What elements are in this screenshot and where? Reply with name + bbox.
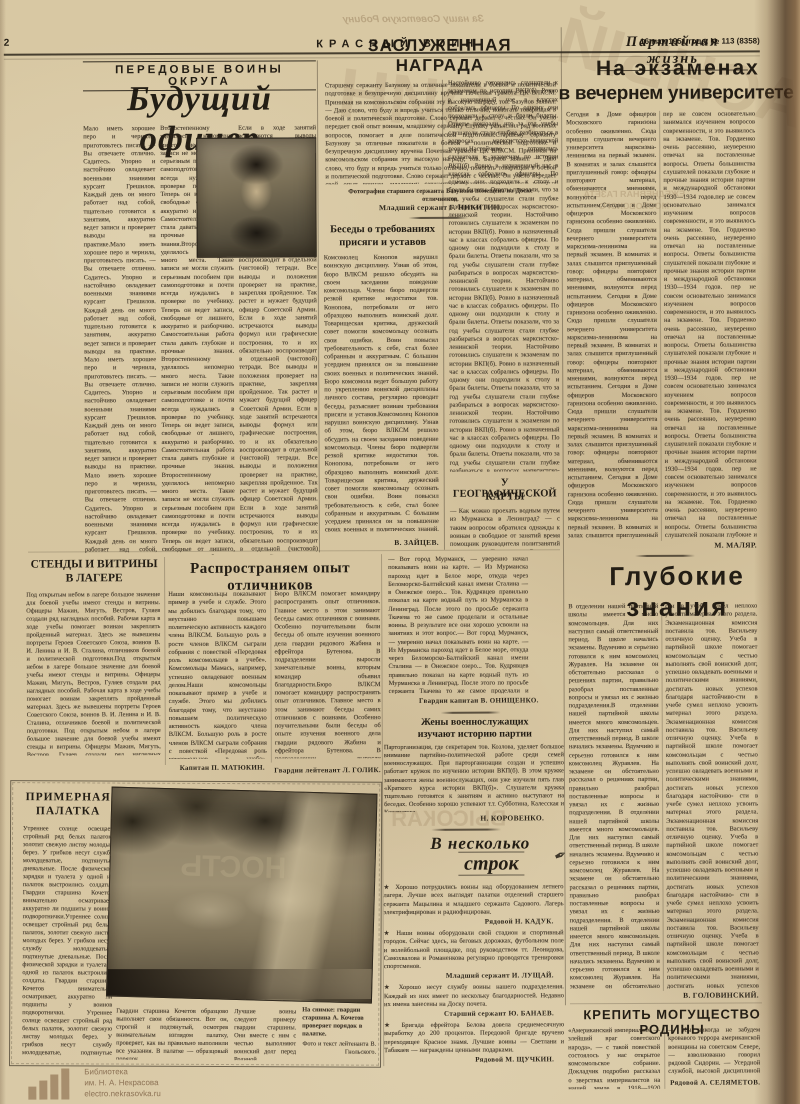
party-column-1: Сегодня в Доме офицеров Московского гарн… [566,111,658,539]
newspaper-page: За нашу Советскую Родину КРАСНЫЙ ВОИН ЕЖ… [0,0,800,1104]
library-name-line2: им. Н. А. Некрасова [84,1078,158,1087]
stroki-item-text: ★ Хорошо несут службу воины нашего подра… [384,984,564,1010]
palatka-title-line2: ПАЛАТКА [21,805,115,817]
stendy-title-line2: В ЛАГЕРЕ [26,572,162,585]
stroki-items: ★ Хорошо потрудились воины над оборудова… [383,883,564,1068]
pen-icon: ✒ [551,845,570,867]
stroki-item-text: ★ Хорошо потрудились воины над оборудова… [383,883,563,917]
column-rule [659,111,662,541]
stroki-title-line2-wrap: строк ✒ [431,852,551,876]
page-edge-shadow [754,0,800,1104]
glubokie-column-1: В отделении нашей партийной школы имеетс… [568,603,660,989]
photo-foreground-road [107,969,372,999]
stroki-item-signature: Старший сержант Ю. БАНАЕВ. [384,1009,554,1018]
column-rule [270,591,272,763]
award-title-line1: ЗАСЛУЖЕННАЯ [325,35,555,56]
karta-body: — Как можно проехать водным путем из Мур… [450,507,560,549]
library-name-line1: Библиотека [84,1067,128,1076]
palatka-column-1: Утреннее солнце освещает стройный ряд бе… [22,825,113,1057]
karta-title-line2: КАРТЫ [450,491,560,502]
officer-portrait-photo [196,137,317,258]
besedy-body: Комсомолец Конопов нарушил воинскую дисц… [324,254,439,534]
palatka-column-2: Гвардии старшина Кочетов образцово выпол… [116,1008,228,1060]
list-item: ★ Бригада ефрейтора Белова довела средне… [384,1021,564,1064]
stroki-item-signature: Рядовой Н. КАДУК. [384,917,554,926]
library-stamp: Библиотека им. Н. А. Некрасова electro.n… [28,1062,288,1103]
photo-caption: На снимке: гвардии старшина А. Кочетов п… [302,1006,376,1038]
zheny-title-line2: изучают историю партии [386,728,564,740]
party-signature: М. МАЛЯР. [665,540,757,549]
award-title-line2: НАГРАДА [325,55,555,76]
bleed-through-motto: За нашу Советскую Родину [343,14,484,26]
palatka-column-3: Лучшие воины следуют примеру гвардии ста… [234,1008,296,1060]
section-divider [431,829,501,831]
raspr-column-2: Бюро ВЛКСМ помогает командиру распростра… [274,590,381,758]
krepit-rule [570,1002,762,1004]
zheny-title-line1: Жены военнослужащих [386,716,564,728]
bleed-through-photo: НОСТЬ [180,849,287,886]
krepit-column-1: «Американский империализм — злейший враг… [568,1027,660,1089]
karta-signature: Гвардии капитан В. ОНИЩЕНКО. [389,696,539,705]
party-column-2: пер не совсем основательно занимался изу… [663,110,757,538]
stroki-item-signature: Рядовой М. ЩУЧКИН. [384,1055,554,1064]
besedy-title-line1: Беседы о требованиях [324,224,442,236]
column-rule [661,603,664,991]
stendy-signature: Капитан П. МАТЮКИН. [159,764,265,772]
stendy-body: Под открытым небом в лагере большое знач… [26,591,161,756]
zheny-signature: Н. КОРОВЕНКО. [384,813,544,823]
list-item: ★ Хорошо потрудились воины над оборудова… [383,883,563,926]
krepit-column-2: — Мы никогда не забудем кровавого террор… [668,1026,760,1076]
left-edge-shadow [0,0,6,1104]
section-divider [441,712,501,714]
photo-caption-block: На снимке: гвардии старшина А. Кочетов п… [302,1006,376,1056]
besedy-title-line2: присяги и уставов [324,237,442,249]
palatka-box: ПРИМЕРНАЯ ПАЛАТКА Утреннее солнце освеща… [9,780,382,1068]
stroki-item-text: ★ Наши воины оборудовали свой стадион и … [384,929,564,971]
zheny-body: Парторганизация, где секретарем тов. Коз… [384,743,564,812]
list-item: ★ Наши воины оборудовали свой стадион и … [384,929,564,980]
stendy-title-line1: СТЕНДЫ И ВИТРИНЫ [26,558,162,571]
besedy-signature: В. ЗАЙЦЕВ. [325,538,439,547]
glubokie-column-2: сти в учебе сумел неплохо усвоить матери… [665,602,759,988]
section-divider [635,555,695,557]
krepit-signature: Рядовой А. СЕЛЯМЕТОВ. [668,1078,760,1086]
list-item: ★ Хорошо несут службу воины нашего подра… [384,984,564,1019]
stroki-item-signature: Младший сержант И. ЛУЩАЙ. [384,972,554,981]
karta-continuation: — Вот город Мурманск, — уверенно начал п… [388,555,529,694]
library-logo-icon [28,1068,69,1099]
stroki-item-text: ★ Бригада ефрейтора Белова довела средне… [384,1021,564,1055]
palatka-title-line1: ПРИМЕРНАЯ [21,791,115,803]
raspr-signature: Гвардии лейтенант Л. ГОЛИК. [269,766,381,774]
raspr-column-1: Наши комсомольцы показывают пример в уче… [168,591,267,759]
lead-column-1: Мало иметь хорошее перо и чернила, приго… [83,125,157,555]
stroki-title-line2: строк [458,851,525,875]
photo-credit: Фото и текст лейтенанта В. Гнольского. [302,1040,376,1056]
glubokie-signature: В. ГОЛОВИНСКИЙ. [662,990,759,999]
library-url: electro.nekrasovka.ru [84,1089,161,1098]
university-continuation: Настойчиво готовились слушатели к экзаме… [448,79,560,471]
camp-photo: НОСТЬ [106,787,378,1004]
